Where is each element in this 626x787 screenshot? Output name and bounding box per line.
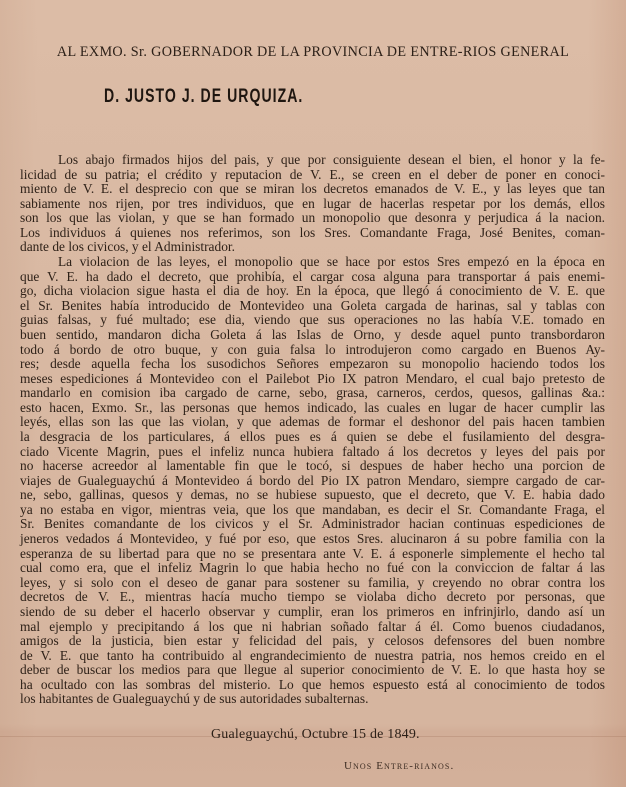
address-line: AL EXMO. Sr. GOBERNADOR DE LA PROVINCIA … <box>0 44 626 62</box>
body-line: buen sentido, mandaron dicha Goleta á la… <box>20 328 605 343</box>
body-line: mandarlo en comision iba cargado de carn… <box>20 386 605 401</box>
body-line: esperanza de su libertad para que no se … <box>20 547 605 562</box>
body-line: ya no estaba en vigor, mientras veia, qu… <box>20 503 605 518</box>
date-line: Gualeguaychú, Octubre 15 de 1849. <box>211 727 420 743</box>
body-line: que V. E. ha dado el decreto, que prohib… <box>20 270 605 285</box>
body-line: leyés, ellas son las que las violan, y q… <box>20 415 605 430</box>
body-line: La violacion de las leyes, el monopolio … <box>20 255 605 270</box>
body-line: meses espediciones á Montevideo con el P… <box>20 372 605 387</box>
body-line: dante de los civicos, y el Administrador… <box>20 240 605 255</box>
body-line: la desgracia de los particulares, á ello… <box>20 430 605 445</box>
body-line: leyes, y si solo con el deseo de ganar p… <box>20 576 605 591</box>
addressee-heading: D. JUSTO J. DE URQUIZA. <box>104 86 303 108</box>
body-line: mal ejemplo y precipitando á los que ni … <box>20 620 605 635</box>
body-line: los habitantes de Gualeguaychú y de sus … <box>20 692 605 707</box>
body-line: ha ocultado con las sombras del misterio… <box>20 678 605 693</box>
body-line: son los que las violan, y que se han for… <box>20 211 605 226</box>
body-line: ciado Vicente Magrin, pues el infeliz nu… <box>20 445 605 460</box>
document-page: AL EXMO. Sr. GOBERNADOR DE LA PROVINCIA … <box>0 0 626 787</box>
body-line: licidad de su patria; el crédito y reput… <box>20 168 605 183</box>
body-line: esto hacen, Exmo. Sr., las personas que … <box>20 401 605 416</box>
body-line: todo á bordo de otro buque, y con guia f… <box>20 343 605 358</box>
body-line: res; desde aquella fecha los susodichos … <box>20 357 605 372</box>
body-line: cual como era, que el infeliz Magrin lo … <box>20 561 605 576</box>
body-line: viajes de Gualeguaychú á Montevideo á bo… <box>20 474 605 489</box>
body-line: Sr. Benites comandante de los civicos y … <box>20 517 605 532</box>
body-line: guias falsas, y fué multado; ese dia, vi… <box>20 313 605 328</box>
body-line: sabiamente nos rijen, por tres individuo… <box>20 197 605 212</box>
body-line: decretos de V. E., mientras hacía mucho … <box>20 590 605 605</box>
body-line: deber de buscar los medios para que lleg… <box>20 663 605 678</box>
body-line: el Sr. Benites había introducido de Mont… <box>20 299 605 314</box>
body-line: siendo de su deber el hacerlo observar y… <box>20 605 605 620</box>
body-line: ne, sebo, gallinas, quesos y demas, no s… <box>20 488 605 503</box>
body-line: go, dicha violacion sigue hasta el dia d… <box>20 284 605 299</box>
body-line: Los individuos á quienes nos referimos, … <box>20 226 605 241</box>
body-line: miento de V. E. el desprecio con que se … <box>20 182 605 197</box>
body-line: amigos de la justicia, bien estar y feli… <box>20 634 605 649</box>
body-line: no hacerse acreedor al lamentable fin qu… <box>20 459 605 474</box>
signature: Unos Entre-rianos. <box>344 760 454 772</box>
body-line: jeneros vedados á Montevideo, y fué por … <box>20 532 605 547</box>
body-line: de V. E. que tanto ha contribuido al eng… <box>20 649 605 664</box>
body-line: Los abajo firmados hijos del pais, y que… <box>20 153 605 168</box>
letter-body: Los abajo firmados hijos del pais, y que… <box>20 153 605 707</box>
